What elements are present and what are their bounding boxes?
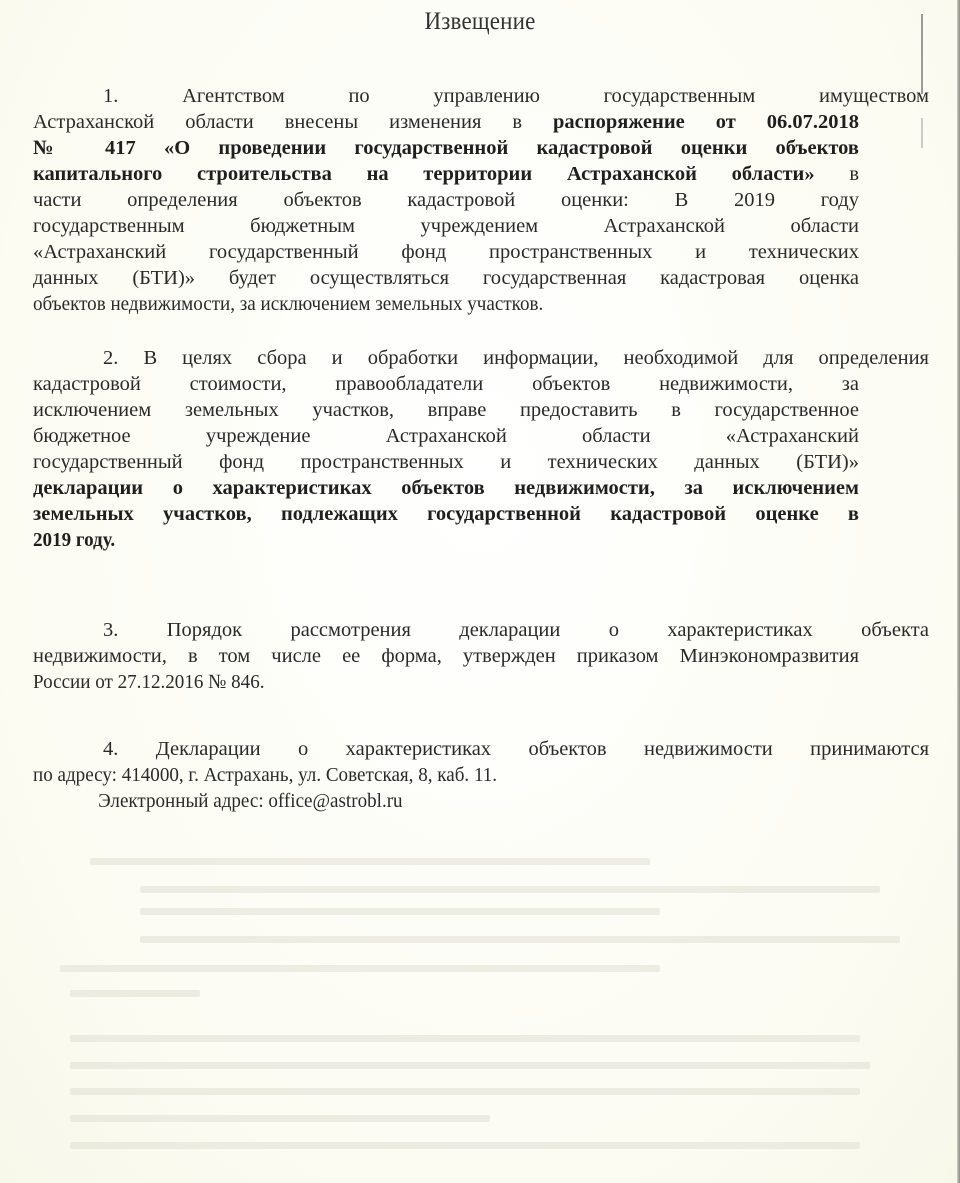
scanned-page: Извещение 1. Агентством по управлению го…: [0, 0, 960, 1183]
bold-text: земельных участков, подлежащих государст…: [33, 503, 859, 525]
text: России от 27.12.2016 № 846.: [33, 671, 264, 693]
text-line: 3. Порядок рассмотрения декларации о хар…: [33, 617, 929, 643]
text: в: [815, 163, 859, 185]
text-line: недвижимости, в том числе ее форма, утве…: [33, 643, 859, 669]
text: 3. Порядок рассмотрения декларации о хар…: [103, 619, 929, 641]
text-line: 2019 году.: [33, 527, 801, 553]
text: Астраханской области внесены изменения в: [33, 111, 553, 133]
text-line: 4. Декларации о характеристиках объектов…: [33, 736, 929, 762]
bold-text: капитального строительства на территории…: [33, 163, 815, 185]
text: «Астраханский государственный фонд прост…: [33, 241, 859, 263]
document-title: Извещение: [38, 8, 921, 36]
text: бюджетное учреждение Астраханской област…: [33, 425, 859, 447]
bold-text: декларации о характеристиках объектов не…: [33, 477, 859, 499]
email-label: Электронный адрес:: [98, 790, 268, 812]
text-line: бюджетное учреждение Астраханской област…: [33, 423, 859, 449]
text: данных (БТИ)» будет осуществляться госуд…: [33, 267, 859, 289]
paragraph-3: 3. Порядок рассмотрения декларации о хар…: [33, 617, 859, 695]
text: государственным бюджетным учреждением Ас…: [33, 215, 859, 237]
text: части определения объектов кадастровой о…: [33, 189, 859, 211]
text: исключением земельных участков, вправе п…: [33, 399, 859, 421]
email-address: office@astrobl.ru: [268, 790, 402, 812]
text: объектов недвижимости, за исключением зе…: [33, 293, 543, 315]
text-line: № 417 «О проведении государственной када…: [33, 135, 859, 161]
bleed-through-reverse-side: [0, 840, 960, 1183]
text-line: декларации о характеристиках объектов не…: [33, 475, 859, 501]
text: по адресу: 414000, г. Астрахань, ул. Сов…: [33, 764, 497, 786]
text-line: земельных участков, подлежащих государст…: [33, 501, 859, 527]
text-line: части определения объектов кадастровой о…: [33, 187, 859, 213]
paragraph-4: 4. Декларации о характеристиках объектов…: [33, 736, 859, 814]
paragraph-2: 2. В целях сбора и обработки информации,…: [33, 345, 859, 553]
bold-text: 2019 году.: [33, 529, 115, 551]
text-line: 2. В целях сбора и обработки информации,…: [33, 345, 929, 371]
text-line: России от 27.12.2016 № 846.: [33, 669, 801, 695]
text: кадастровой стоимости, правообладатели о…: [33, 373, 859, 395]
text-line: капитального строительства на территории…: [33, 161, 859, 187]
paragraph-1: 1. Агентством по управлению государствен…: [33, 83, 859, 317]
text-line: по адресу: 414000, г. Астрахань, ул. Сов…: [33, 762, 801, 788]
text-line: Астраханской области внесены изменения в…: [33, 109, 859, 135]
text: 4. Декларации о характеристиках объектов…: [103, 738, 929, 760]
text-line: кадастровой стоимости, правообладатели о…: [33, 371, 859, 397]
text-line: «Астраханский государственный фонд прост…: [33, 239, 859, 265]
text: 1. Агентством по управлению государствен…: [103, 85, 929, 107]
text: государственный фонд пространственных и …: [33, 451, 859, 473]
bold-text: распоряжение от 06.07.2018: [553, 111, 859, 133]
bold-text: № 417 «О проведении государственной када…: [33, 137, 859, 159]
text-line: государственный фонд пространственных и …: [33, 449, 859, 475]
text-line: 1. Агентством по управлению государствен…: [33, 83, 929, 109]
margin-mark: [921, 118, 923, 148]
text-line: данных (БТИ)» будет осуществляться госуд…: [33, 265, 859, 291]
email-line: Электронный адрес: office@astrobl.ru: [33, 788, 866, 814]
text-line: исключением земельных участков, вправе п…: [33, 397, 859, 423]
text: 2. В целях сбора и обработки информации,…: [103, 347, 929, 369]
text-line: государственным бюджетным учреждением Ас…: [33, 213, 859, 239]
text-line: объектов недвижимости, за исключением зе…: [33, 291, 801, 317]
text: недвижимости, в том числе ее форма, утве…: [33, 645, 859, 667]
